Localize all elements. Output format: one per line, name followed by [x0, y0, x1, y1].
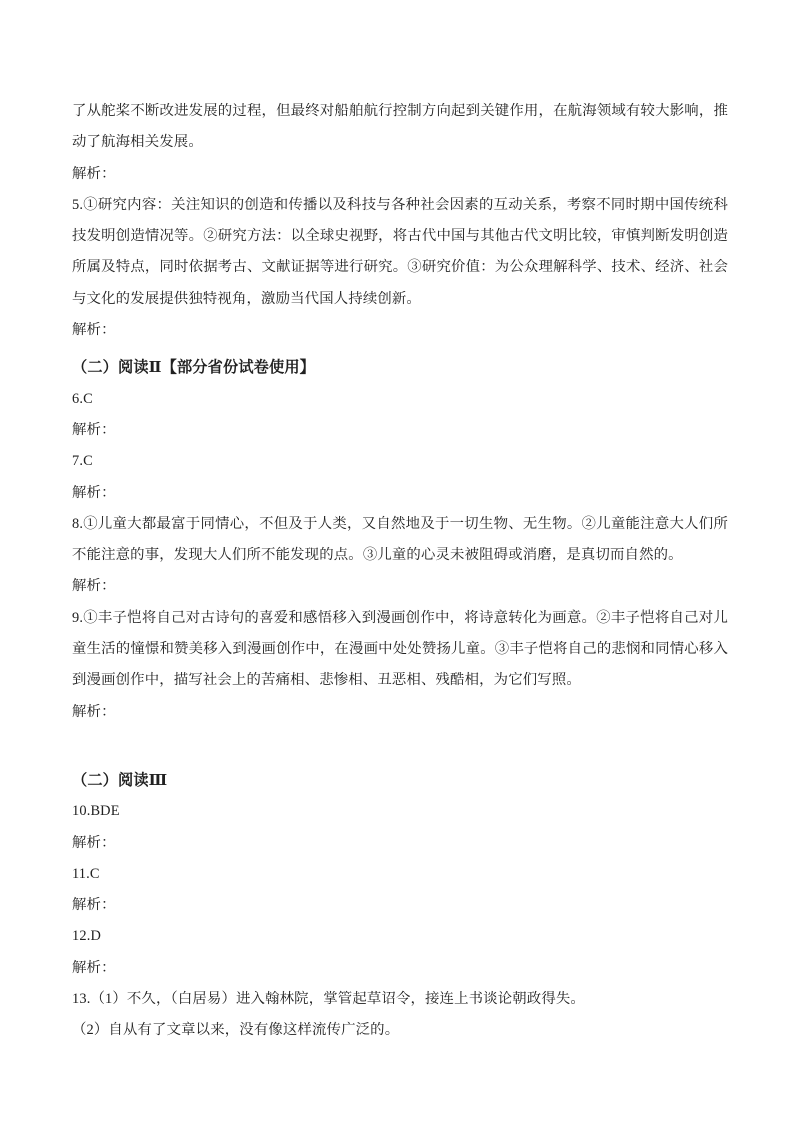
analysis-label: 解析： — [72, 697, 728, 728]
analysis-label: 解析： — [72, 415, 728, 446]
analysis-label: 解析： — [72, 315, 728, 346]
answer-line: 12.D — [72, 921, 728, 952]
answer-line: 11.C — [72, 859, 728, 890]
answer-paragraph: 了从舵桨不断改进发展的过程，但最终对船舶航行控制方向起到关键作用，在航海领域有较… — [72, 96, 728, 159]
analysis-label: 解析： — [72, 828, 728, 859]
analysis-label: 解析： — [72, 953, 728, 984]
answer-paragraph: 9.①丰子恺将自己对古诗句的喜爱和感悟移入到漫画创作中，将诗意转化为画意。②丰子… — [72, 603, 728, 697]
answer-line: 10.BDE — [72, 796, 728, 827]
document-page: 了从舵桨不断改进发展的过程，但最终对船舶航行控制方向起到关键作用，在航海领域有较… — [0, 0, 800, 1131]
analysis-label: 解析： — [72, 890, 728, 921]
answer-line: 7.C — [72, 446, 728, 477]
section-heading: （二）阅读Ⅱ【部分省份试卷使用】 — [72, 352, 728, 383]
answer-paragraph: （2）自从有了文章以来，没有像这样流传广泛的。 — [72, 1015, 728, 1046]
section-heading: （二）阅读Ⅲ — [72, 765, 728, 796]
answer-paragraph: 8.①儿童大都最富于同情心，不但及于人类，又自然地及于一切生物、无生物。②儿童能… — [72, 509, 728, 572]
answer-paragraph: 5.①研究内容：关注知识的创造和传播以及科技与各种社会因素的互动关系，考察不同时… — [72, 190, 728, 315]
answer-paragraph: 13.（1）不久，（白居易）进入翰林院，掌管起草诏令，接连上书谈论朝政得失。 — [72, 984, 728, 1015]
analysis-label: 解析： — [72, 478, 728, 509]
answer-line: 6.C — [72, 384, 728, 415]
analysis-label: 解析： — [72, 159, 728, 190]
analysis-label: 解析： — [72, 571, 728, 602]
document-content: 了从舵桨不断改进发展的过程，但最终对船舶航行控制方向起到关键作用，在航海领域有较… — [0, 0, 800, 1047]
